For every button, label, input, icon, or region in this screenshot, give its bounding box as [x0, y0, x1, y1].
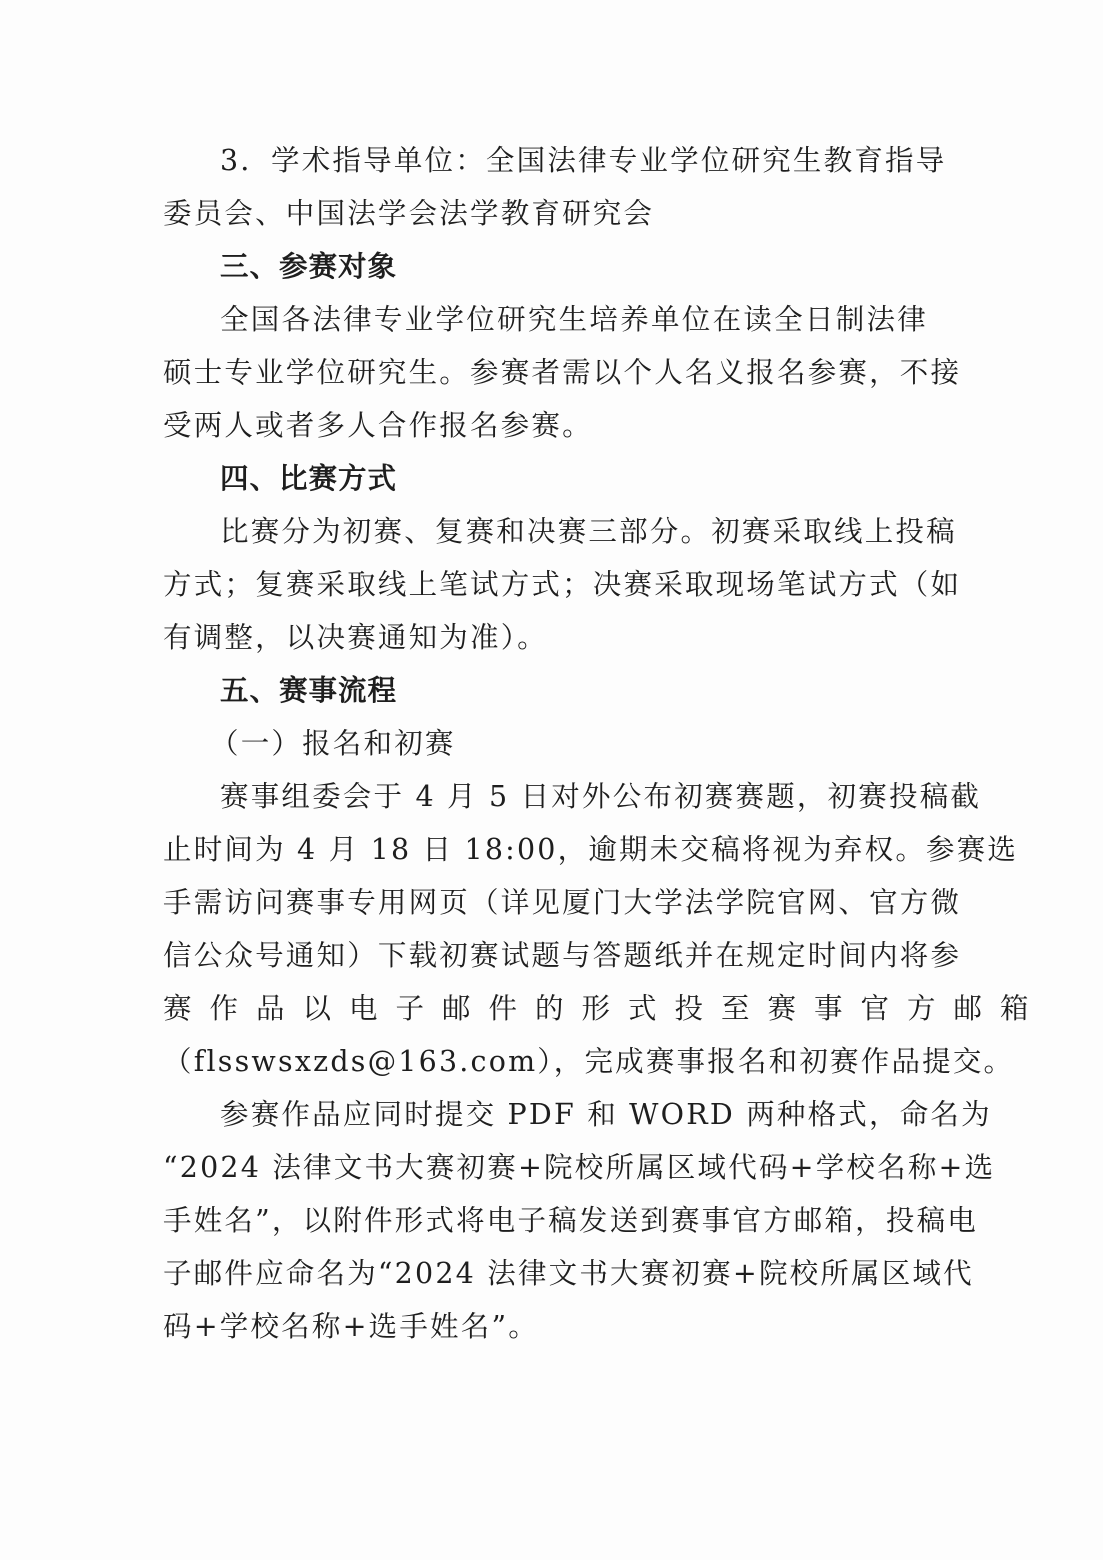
format-line-3: 有调整，以决赛通知为准）。 [163, 620, 928, 656]
registration-line-4: 信公众号通知）下载初赛试题与答题纸并在规定时间内将参 [163, 938, 928, 974]
participants-line-2: 硕士专业学位研究生。参赛者需以个人名义报名参赛，不接 [163, 355, 928, 391]
naming-line-5: 码+学校名称+选手姓名”。 [163, 1309, 928, 1345]
naming-line-1: 参赛作品应同时提交 PDF 和 WORD 两种格式，命名为 [220, 1097, 928, 1133]
subheading-registration: （一）报名和初赛 [210, 726, 975, 762]
registration-line-3: 手需访问赛事专用网页（详见厦门大学法学院官网、官方微 [163, 885, 928, 921]
registration-line-1: 赛事组委会于 4 月 5 日对外公布初赛赛题，初赛投稿截 [220, 779, 928, 815]
participants-line-1: 全国各法律专业学位研究生培养单位在读全日制法律 [220, 302, 928, 338]
naming-line-3: 手姓名”，以附件形式将电子稿发送到赛事官方邮箱，投稿电 [163, 1203, 928, 1239]
format-line-2: 方式；复赛采取线上笔试方式；决赛采取现场笔试方式（如 [163, 567, 928, 603]
registration-line-6-email: （flsswsxzds@163.com），完成赛事报名和初赛作品提交。 [163, 1044, 928, 1080]
participants-line-3: 受两人或者多人合作报名参赛。 [163, 408, 928, 444]
section-heading-format: 四、比赛方式 [220, 461, 928, 497]
document-page: 3．学术指导单位：全国法律专业学位研究生教育指导 委员会、中国法学会法学教育研究… [0, 0, 1103, 1560]
section-heading-participants: 三、参赛对象 [220, 249, 928, 285]
registration-line-5: 赛作品以电子邮件的形式投至赛事官方邮箱 [163, 991, 928, 1027]
naming-line-2: “2024 法律文书大赛初赛+院校所属区域代码+学校名称+选 [163, 1150, 928, 1186]
guidance-unit-line-1: 3．学术指导单位：全国法律专业学位研究生教育指导 [220, 143, 928, 179]
guidance-unit-line-2: 委员会、中国法学会法学教育研究会 [163, 196, 928, 232]
registration-line-2: 止时间为 4 月 18 日 18:00，逾期未交稿将视为弃权。参赛选 [163, 832, 928, 868]
format-line-1: 比赛分为初赛、复赛和决赛三部分。初赛采取线上投稿 [220, 514, 928, 550]
naming-line-4: 子邮件应命名为“2024 法律文书大赛初赛+院校所属区域代 [163, 1256, 928, 1292]
section-heading-process: 五、赛事流程 [220, 673, 928, 709]
